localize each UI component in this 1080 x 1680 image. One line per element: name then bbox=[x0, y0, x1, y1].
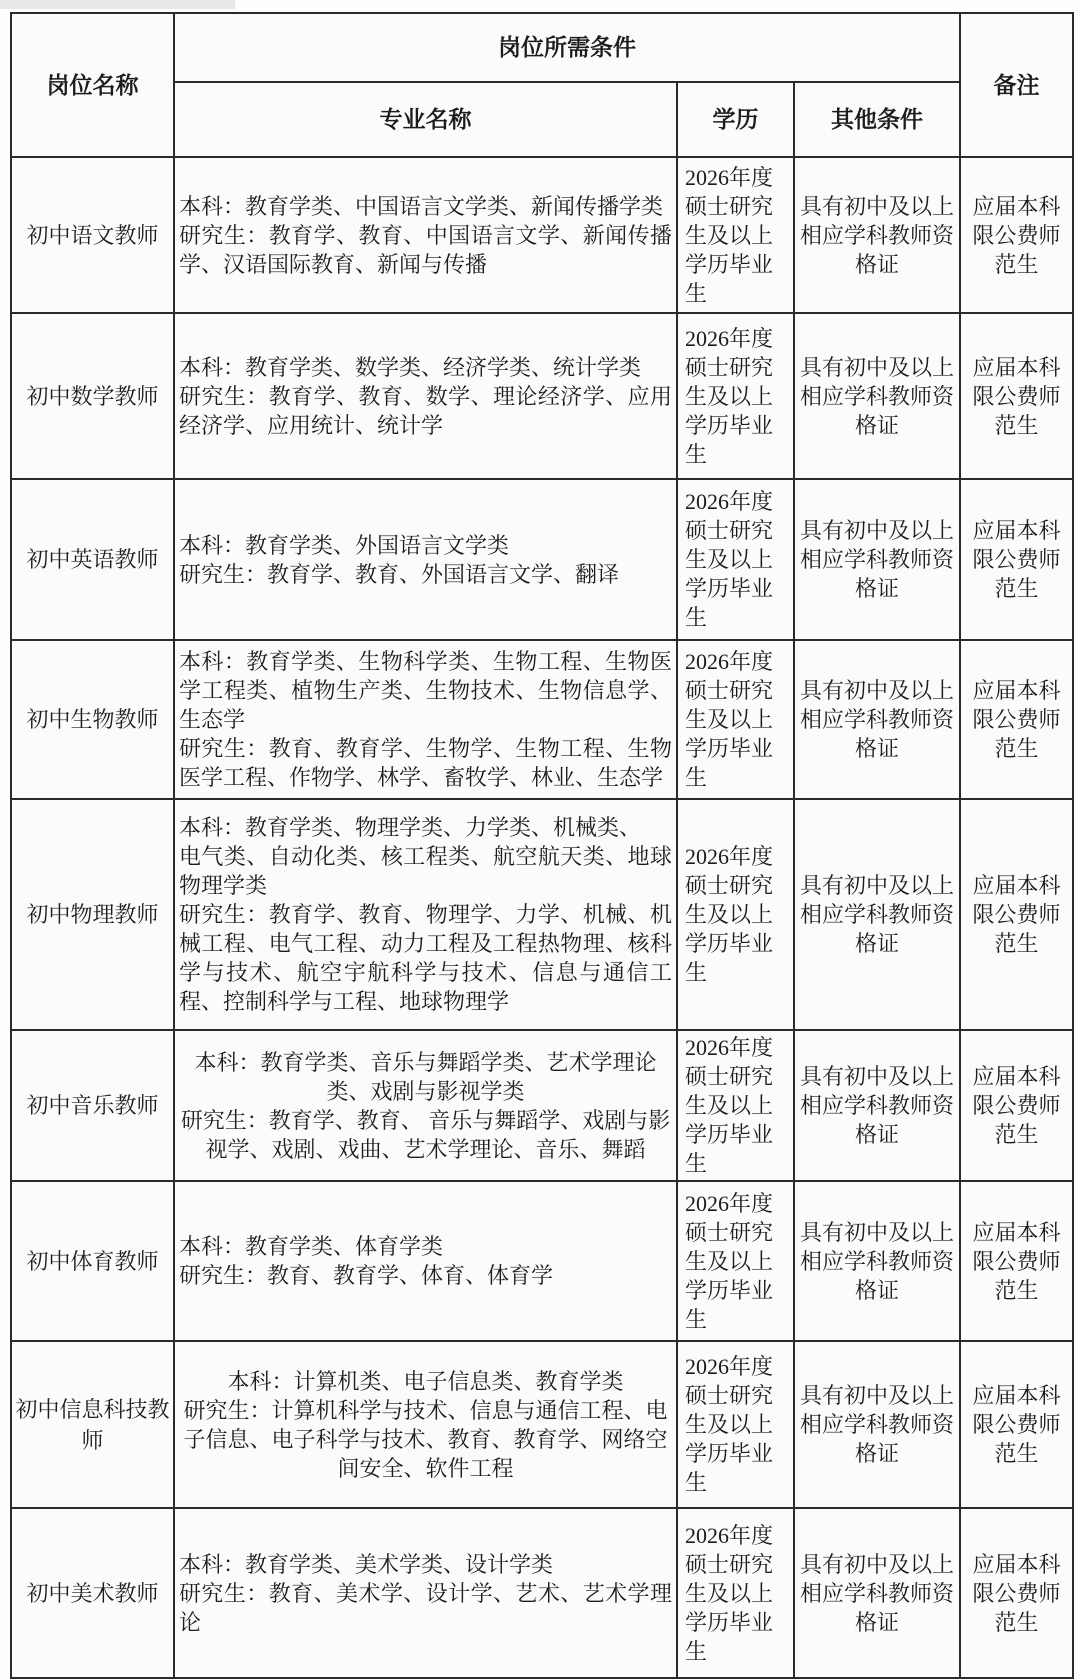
position-name: 初中信息科技教师 bbox=[11, 1341, 174, 1508]
position-name: 初中数学教师 bbox=[11, 313, 174, 479]
header-requirements: 岗位所需条件 bbox=[174, 13, 960, 82]
header-remark: 备注 bbox=[960, 13, 1073, 157]
table-row-english: 初中英语教师 本科：教育学类、外国语言文学类 研究生：教育学、教育、外国语言文学… bbox=[11, 479, 1073, 640]
remark-cell: 应届本科限公费师范生 bbox=[960, 640, 1073, 799]
education-requirement: 2026年度硕士研究生及以上学历毕业生 bbox=[677, 799, 794, 1030]
remark-cell: 应届本科限公费师范生 bbox=[960, 799, 1073, 1030]
table-row-it: 初中信息科技教师 本科：计算机类、电子信息类、教育学类 研究生：计算机科学与技术… bbox=[11, 1341, 1073, 1508]
position-name: 初中体育教师 bbox=[11, 1181, 174, 1341]
education-requirement: 2026年度硕士研究生及以上学历毕业生 bbox=[677, 313, 794, 479]
major-requirements: 本科：教育学类、美术学类、设计学类 研究生：教育、美术学、设计学、艺术、艺术学理… bbox=[174, 1508, 677, 1678]
education-requirement: 2026年度硕士研究生及以上学历毕业生 bbox=[677, 157, 794, 313]
education-requirement: 2026年度硕士研究生及以上学历毕业生 bbox=[677, 479, 794, 640]
header-other: 其他条件 bbox=[794, 82, 960, 157]
table-row-math: 初中数学教师 本科：教育学类、数学类、经济学类、统计学类 研究生：教育学、教育、… bbox=[11, 313, 1073, 479]
education-requirement: 2026年度硕士研究生及以上学历毕业生 bbox=[677, 1030, 794, 1181]
position-name: 初中音乐教师 bbox=[11, 1030, 174, 1181]
other-requirement: 具有初中及以上相应学科教师资格证 bbox=[794, 1181, 960, 1341]
remark-cell: 应届本科限公费师范生 bbox=[960, 157, 1073, 313]
major-requirements: 本科：教育学类、体育学类 研究生：教育、教育学、体育、体育学 bbox=[174, 1181, 677, 1341]
table-row-chinese: 初中语文教师 本科：教育学类、中国语言文学类、新闻传播学类 研究生：教育学、教育… bbox=[11, 157, 1073, 313]
remark-cell: 应届本科限公费师范生 bbox=[960, 313, 1073, 479]
other-requirement: 具有初中及以上相应学科教师资格证 bbox=[794, 640, 960, 799]
remark-cell: 应届本科限公费师范生 bbox=[960, 1508, 1073, 1678]
major-requirements: 本科：教育学类、音乐与舞蹈学类、艺术学理论类、戏剧与影视学类 研究生：教育学、教… bbox=[174, 1030, 677, 1181]
scan-artifact bbox=[0, 0, 235, 9]
table-row-music: 初中音乐教师 本科：教育学类、音乐与舞蹈学类、艺术学理论类、戏剧与影视学类 研究… bbox=[11, 1030, 1073, 1181]
education-requirement: 2026年度硕士研究生及以上学历毕业生 bbox=[677, 640, 794, 799]
other-requirement: 具有初中及以上相应学科教师资格证 bbox=[794, 799, 960, 1030]
other-requirement: 具有初中及以上相应学科教师资格证 bbox=[794, 1030, 960, 1181]
other-requirement: 具有初中及以上相应学科教师资格证 bbox=[794, 313, 960, 479]
other-requirement: 具有初中及以上相应学科教师资格证 bbox=[794, 1341, 960, 1508]
remark-cell: 应届本科限公费师范生 bbox=[960, 1181, 1073, 1341]
other-requirement: 具有初中及以上相应学科教师资格证 bbox=[794, 479, 960, 640]
major-requirements: 本科：教育学类、外国语言文学类 研究生：教育学、教育、外国语言文学、翻译 bbox=[174, 479, 677, 640]
major-requirements: 本科：计算机类、电子信息类、教育学类 研究生：计算机科学与技术、信息与通信工程、… bbox=[174, 1341, 677, 1508]
remark-cell: 应届本科限公费师范生 bbox=[960, 479, 1073, 640]
header-education: 学历 bbox=[677, 82, 794, 157]
table-row-pe: 初中体育教师 本科：教育学类、体育学类 研究生：教育、教育学、体育、体育学 20… bbox=[11, 1181, 1073, 1341]
education-requirement: 2026年度硕士研究生及以上学历毕业生 bbox=[677, 1341, 794, 1508]
other-requirement: 具有初中及以上相应学科教师资格证 bbox=[794, 1508, 960, 1678]
education-requirement: 2026年度硕士研究生及以上学历毕业生 bbox=[677, 1508, 794, 1678]
major-requirements: 本科：教育学类、物理学类、力学类、机械类、 电气类、自动化类、核工程类、航空航天… bbox=[174, 799, 677, 1030]
remark-cell: 应届本科限公费师范生 bbox=[960, 1341, 1073, 1508]
major-requirements: 本科：教育学类、生物科学类、生物工程、生物医学工程类、植物生产类、生物技术、生物… bbox=[174, 640, 677, 799]
major-requirements: 本科：教育学类、中国语言文学类、新闻传播学类 研究生：教育学、教育、中国语言文学… bbox=[174, 157, 677, 313]
table-row-physics: 初中物理教师 本科：教育学类、物理学类、力学类、机械类、 电气类、自动化类、核工… bbox=[11, 799, 1073, 1030]
position-name: 初中语文教师 bbox=[11, 157, 174, 313]
position-name: 初中物理教师 bbox=[11, 799, 174, 1030]
header-major: 专业名称 bbox=[174, 82, 677, 157]
education-requirement: 2026年度硕士研究生及以上学历毕业生 bbox=[677, 1181, 794, 1341]
position-name: 初中英语教师 bbox=[11, 479, 174, 640]
position-name: 初中美术教师 bbox=[11, 1508, 174, 1678]
job-requirements-table: 岗位名称 岗位所需条件 备注 专业名称 学历 其他条件 初中语文教师 本科：教育… bbox=[10, 12, 1074, 1679]
table-row-art: 初中美术教师 本科：教育学类、美术学类、设计学类 研究生：教育、美术学、设计学、… bbox=[11, 1508, 1073, 1678]
header-row-top: 岗位名称 岗位所需条件 备注 bbox=[11, 13, 1073, 82]
position-name: 初中生物教师 bbox=[11, 640, 174, 799]
major-requirements: 本科：教育学类、数学类、经济学类、统计学类 研究生：教育学、教育、数学、理论经济… bbox=[174, 313, 677, 479]
other-requirement: 具有初中及以上相应学科教师资格证 bbox=[794, 157, 960, 313]
remark-cell: 应届本科限公费师范生 bbox=[960, 1030, 1073, 1181]
document-page: 岗位名称 岗位所需条件 备注 专业名称 学历 其他条件 初中语文教师 本科：教育… bbox=[0, 0, 1080, 1680]
header-position: 岗位名称 bbox=[11, 13, 174, 157]
table-row-biology: 初中生物教师 本科：教育学类、生物科学类、生物工程、生物医学工程类、植物生产类、… bbox=[11, 640, 1073, 799]
